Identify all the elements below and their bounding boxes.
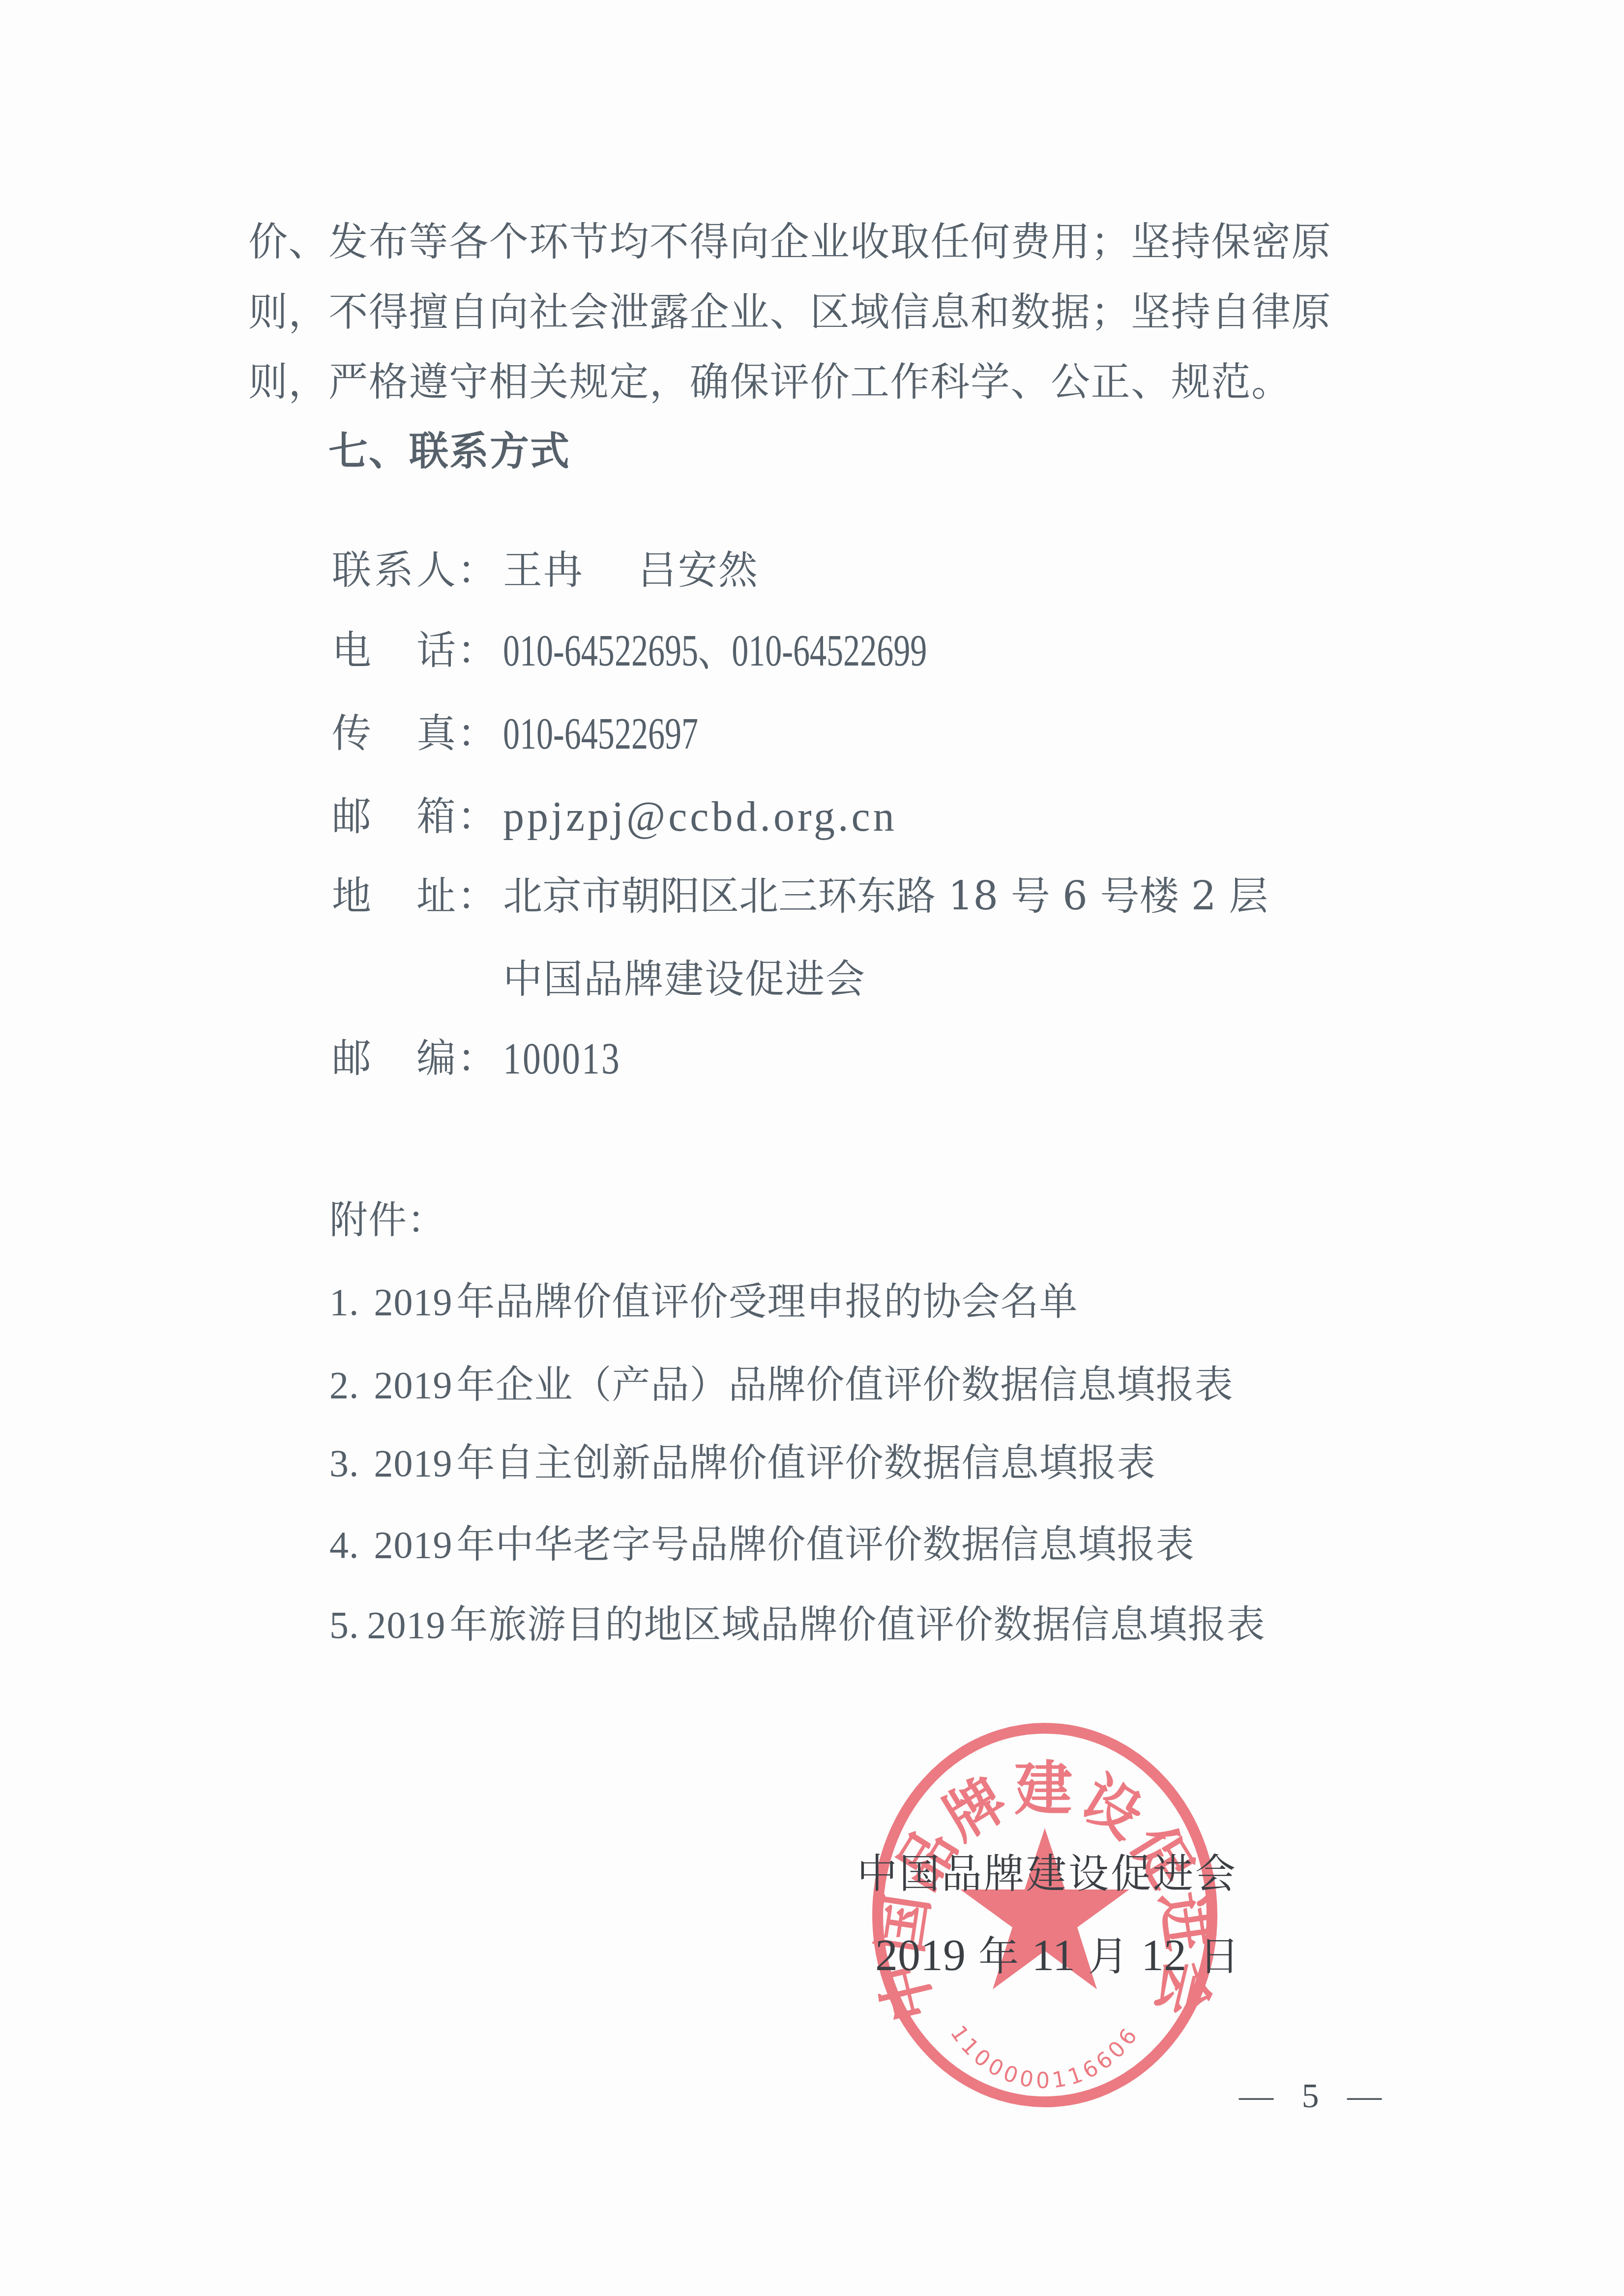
attachment-year: 2019 bbox=[374, 1280, 453, 1323]
attachment-index: 3. bbox=[329, 1442, 359, 1484]
date-year: 2019 bbox=[875, 1930, 966, 1980]
postcode-label-1: 邮 bbox=[332, 1034, 371, 1083]
date-day-unit: 日 bbox=[1199, 1933, 1240, 1980]
postcode-colon: ： bbox=[457, 1034, 497, 1083]
phone-colon: ： bbox=[457, 626, 497, 675]
postcode-number-text: 100013 bbox=[503, 1034, 621, 1083]
attachment-title: 年旅游目的地区域品牌价值评价数据信息填报表 bbox=[450, 1603, 1266, 1647]
attachment-year: 2019 bbox=[374, 1364, 453, 1406]
signature-organization: 中国品牌建设促进会 bbox=[857, 1850, 1238, 1899]
address-value-line-1: 北京市朝阳区北三环东路 18 号 6 号楼 2 层 bbox=[503, 872, 1268, 921]
address-value-line-2: 中国品牌建设促进会 bbox=[503, 955, 866, 1004]
address-colon: ： bbox=[457, 872, 497, 921]
attachment-year: 2019 bbox=[367, 1603, 446, 1646]
phone-label-2: 话 bbox=[416, 626, 456, 675]
phone-value: 010-64522695、010-64522699 bbox=[503, 626, 1076, 677]
postcode-label-2: 编 bbox=[416, 1034, 456, 1083]
fax-label-1: 传 bbox=[332, 709, 371, 758]
official-seal-stamp: 中国品牌建设促进会 1100000116606 bbox=[870, 1720, 1220, 2111]
page-number-footer: — 5 — bbox=[1239, 2072, 1382, 2121]
attachment-year: 2019 bbox=[374, 1442, 453, 1484]
fax-number-text: 010-64522697 bbox=[503, 709, 698, 758]
address-label-2: 址 bbox=[416, 872, 456, 921]
email-colon: ： bbox=[457, 792, 497, 841]
attachment-item[interactable]: 1.2019年品牌价值评价受理申报的协会名单 bbox=[329, 1278, 1078, 1327]
page-number: 5 bbox=[1302, 2077, 1319, 2115]
paragraph-line-3: 则，严格遵守相关规定，确保评价工作科学、公正、规范。 bbox=[248, 357, 1374, 407]
paragraph-line-2: 则，不得擅自向社会泄露企业、区域信息和数据；坚持自律原 bbox=[248, 288, 1374, 337]
dash-right: — bbox=[1347, 2077, 1382, 2115]
contact-person-label: 联系人 bbox=[332, 546, 459, 595]
postcode-value: 100013 bbox=[503, 1034, 650, 1085]
contact-person-colon: ： bbox=[457, 546, 497, 595]
attachment-item[interactable]: 4.2019年中华老字号品牌价值评价数据信息填报表 bbox=[329, 1520, 1195, 1569]
date-year-unit: 年 bbox=[978, 1933, 1019, 1980]
date-month: 11 bbox=[1032, 1930, 1075, 1980]
attachment-index: 2. bbox=[329, 1364, 359, 1406]
dash-left: — bbox=[1239, 2077, 1273, 2115]
attachment-index: 5. bbox=[329, 1603, 359, 1646]
attachment-item[interactable]: 3.2019年自主创新品牌价值评价数据信息填报表 bbox=[329, 1439, 1156, 1488]
section-heading-contact: 七、联系方式 bbox=[328, 427, 570, 476]
paragraph-line-1: 价、发布等各个环节均不得向企业收取任何费用；坚持保密原 bbox=[248, 217, 1374, 266]
email-label-2: 箱 bbox=[416, 792, 456, 841]
attachment-index: 4. bbox=[329, 1523, 359, 1566]
fax-colon: ： bbox=[457, 709, 497, 758]
phone-number-text: 010-64522695、010-64522699 bbox=[503, 626, 927, 675]
date-month-unit: 月 bbox=[1088, 1933, 1128, 1980]
attachments-label: 附件： bbox=[329, 1196, 446, 1245]
contact-person-value: 王冉 吕安然 bbox=[503, 546, 759, 595]
fax-value: 010-64522697 bbox=[503, 709, 767, 760]
attachment-title: 年中华老字号品牌价值评价数据信息填报表 bbox=[457, 1523, 1195, 1567]
attachment-item[interactable]: 5.2019年旅游目的地区域品牌价值评价数据信息填报表 bbox=[329, 1600, 1266, 1650]
attachment-index: 1. bbox=[329, 1280, 359, 1323]
email-label-1: 邮 bbox=[332, 792, 371, 841]
fax-label-2: 真 bbox=[416, 709, 456, 758]
attachment-title: 年自主创新品牌价值评价数据信息填报表 bbox=[457, 1441, 1156, 1485]
attachment-year: 2019 bbox=[374, 1523, 453, 1566]
attachment-item[interactable]: 2.2019年企业（产品）品牌价值评价数据信息填报表 bbox=[329, 1361, 1234, 1410]
date-day: 12 bbox=[1141, 1930, 1186, 1980]
address-label-1: 地 bbox=[332, 872, 371, 921]
signature-date: 2019 年 11 月 12 日 bbox=[875, 1930, 1240, 1981]
attachment-title: 年企业（产品）品牌价值评价数据信息填报表 bbox=[457, 1363, 1234, 1407]
attachment-title: 年品牌价值评价受理申报的协会名单 bbox=[457, 1280, 1078, 1324]
phone-label-1: 电 bbox=[332, 626, 371, 675]
email-value[interactable]: ppjzpj@ccbd.org.cn bbox=[503, 792, 897, 841]
